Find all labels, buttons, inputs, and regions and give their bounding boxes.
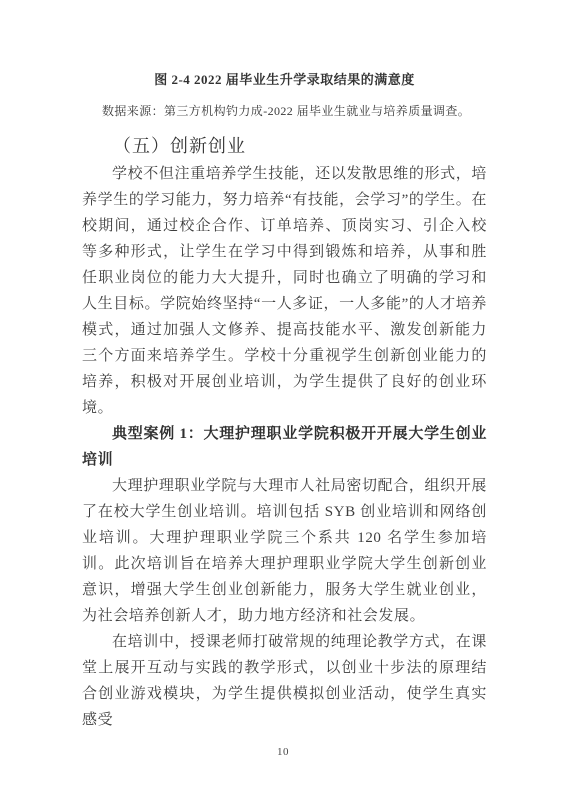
case-study-paragraph-2: 在培训中，授课老师打破常规的纯理论教学方式，在课堂上展开互动与实践的教学形式，以…: [82, 629, 487, 733]
page-number: 10: [0, 746, 566, 758]
figure-caption: 图 2-4 2022 届毕业生升学录取结果的满意度: [82, 72, 487, 88]
case-study-heading: 典型案例 1：大理护理职业学院积极开开展大学生创业培训: [82, 421, 487, 473]
document-page: 图 2-4 2022 届毕业生升学录取结果的满意度 数据来源：第三方机构钓力成-…: [0, 0, 566, 800]
data-source-note: 数据来源：第三方机构钓力成-2022 届毕业生就业与培养质量调查。: [82, 103, 487, 120]
case-study-paragraph-1: 大理护理职业学院与大理市人社局密切配合，组织开展了在校大学生创业培训。培训包括 …: [82, 473, 487, 629]
section-paragraph: 学校不但注重培养学生技能，还以发散思维的形式，培养学生的学习能力，努力培养“有技…: [82, 161, 487, 421]
section-heading: （五）创新创业: [82, 133, 487, 159]
